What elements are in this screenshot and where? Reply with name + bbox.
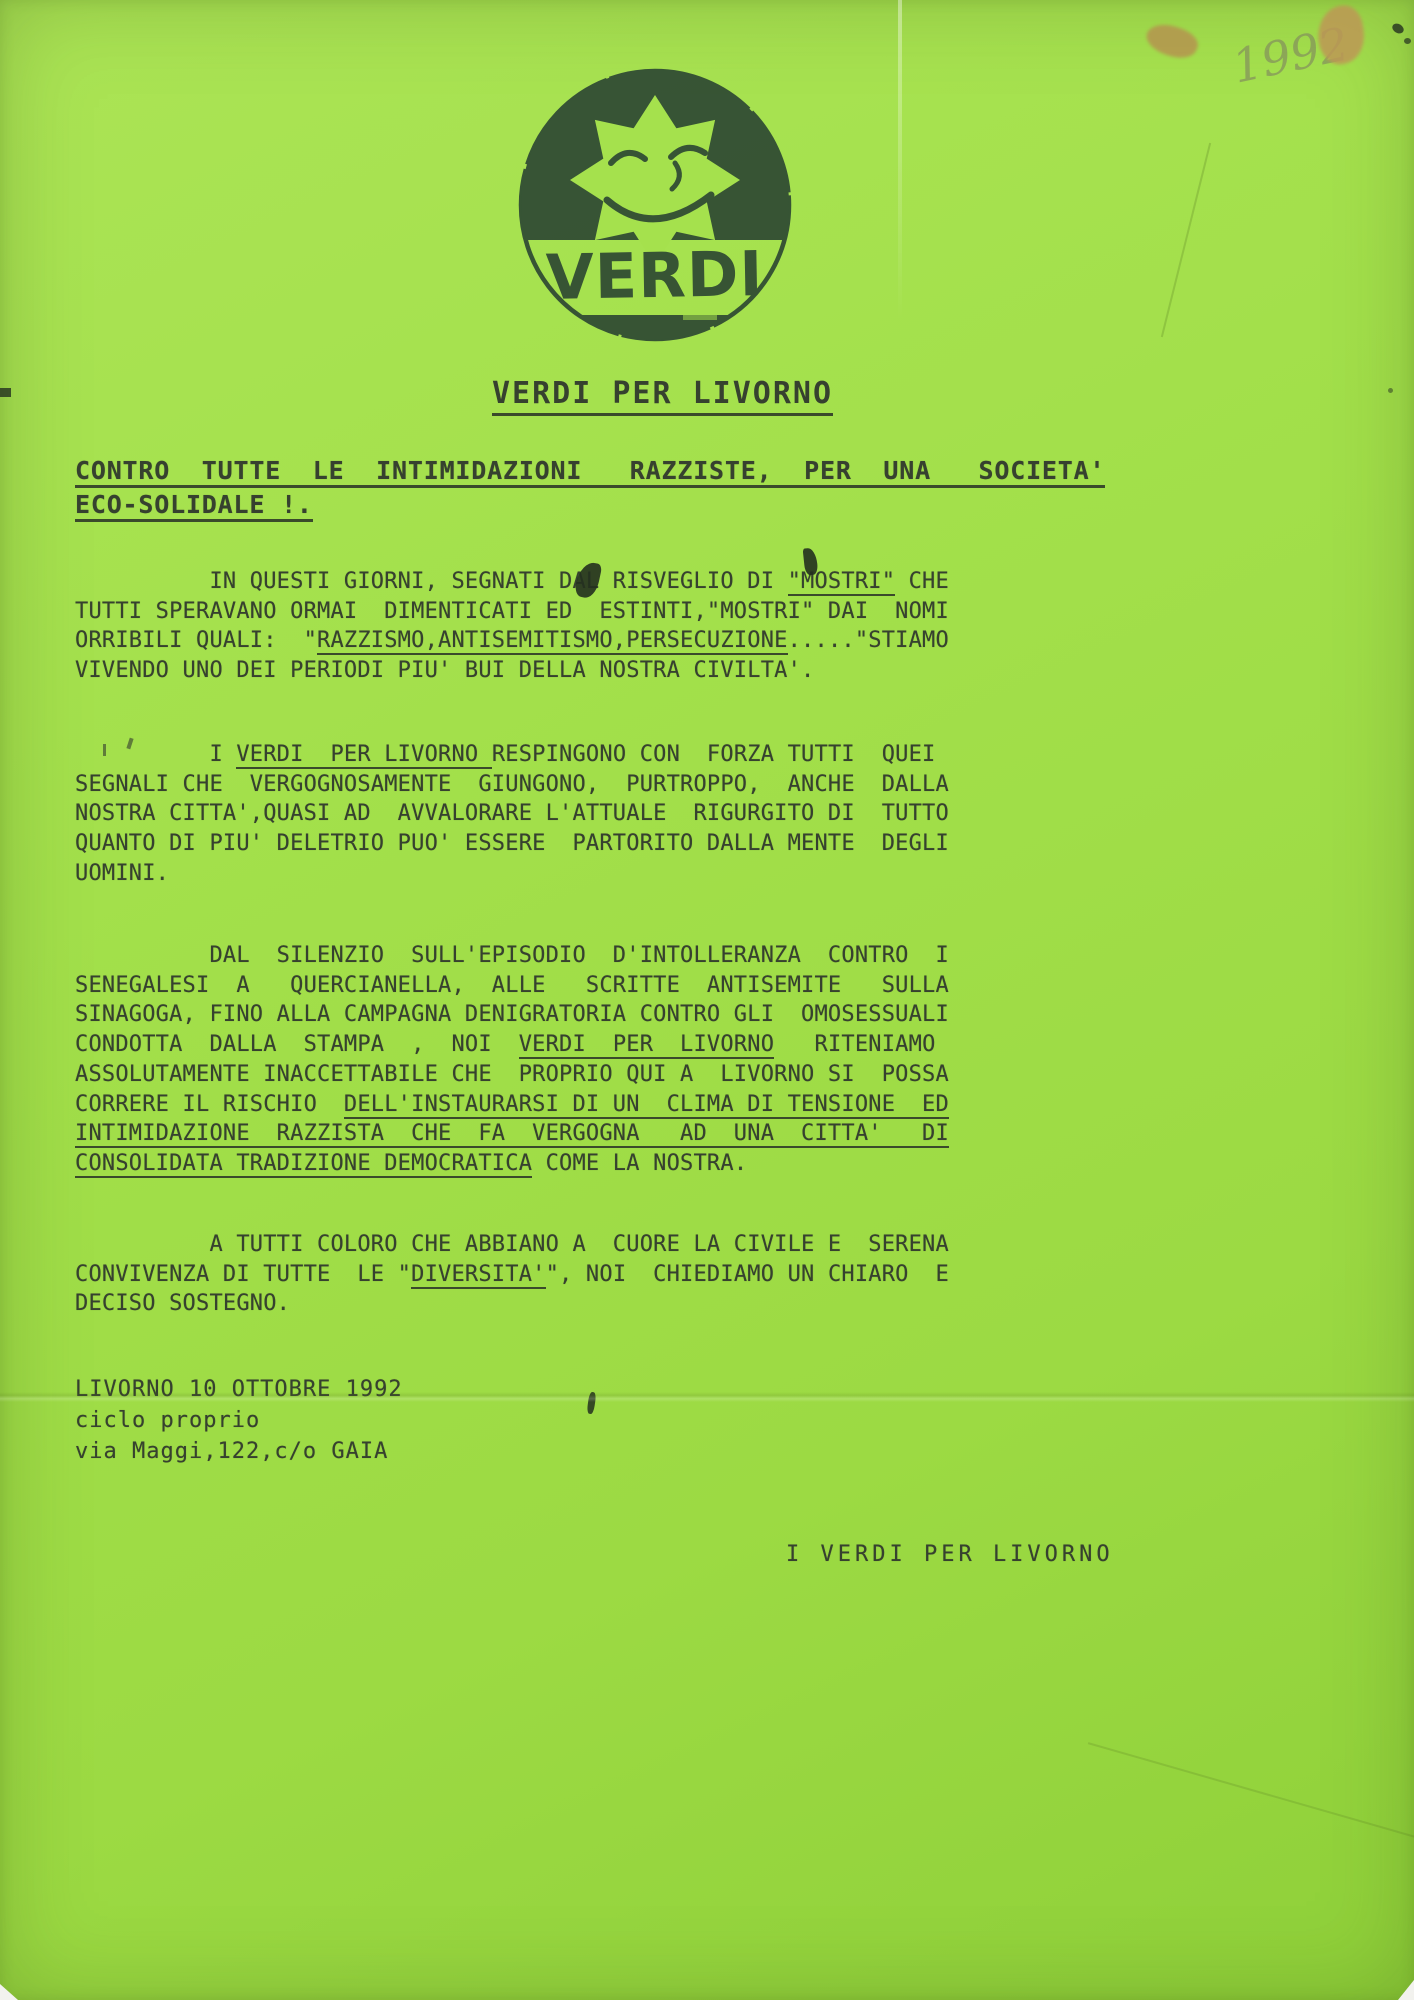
edge-mark bbox=[0, 388, 11, 397]
text-segment: QUANTO DI PIU' DELETRIO PUO' ESSERE PART… bbox=[75, 831, 949, 856]
underlined-text: "MOSTRI" bbox=[788, 569, 896, 596]
text-segment: COME LA NOSTRA. bbox=[532, 1151, 747, 1176]
text-segment: NOSTRA CITTA',QUASI AD AVVALORARE L'ATTU… bbox=[75, 801, 949, 826]
paragraph-2: I VERDI PER LIVORNO RESPINGONO CON FORZA… bbox=[75, 740, 949, 889]
text-line: SINAGOGA, FINO ALLA CAMPAGNA DENIGRATORI… bbox=[75, 1000, 949, 1030]
text-line: CORRERE IL RISCHIO DELL'INSTAURARSI DI U… bbox=[75, 1090, 949, 1120]
text-segment: ORRIBILI QUALI: " bbox=[75, 628, 317, 653]
ink-speck bbox=[1388, 388, 1393, 393]
text-line: CONDOTTA DALLA STAMPA , NOI VERDI PER LI… bbox=[75, 1030, 949, 1060]
scan-corner bbox=[0, 1984, 18, 2000]
text-segment: DECISO SOSTEGNO. bbox=[75, 1291, 290, 1316]
text-line: TUTTI SPERAVANO ORMAI DIMENTICATI ED EST… bbox=[75, 597, 949, 627]
text-line: CONVIVENZA DI TUTTE LE "DIVERSITA'", NOI… bbox=[75, 1260, 949, 1290]
text-line: DECISO SOSTEGNO. bbox=[75, 1289, 949, 1319]
crease-diagonal bbox=[1088, 1742, 1414, 1860]
text-line: QUANTO DI PIU' DELETRIO PUO' ESSERE PART… bbox=[75, 829, 949, 859]
text-segment: SENEGALESI A QUERCIANELLA, ALLE SCRITTE … bbox=[75, 973, 949, 998]
org-title-text: VERDI PER LIVORNO bbox=[492, 376, 833, 416]
text-segment: CONDOTTA DALLA STAMPA , NOI bbox=[75, 1032, 519, 1057]
text-segment: SEGNALI CHE VERGOGNOSAMENTE GIUNGONO, PU… bbox=[75, 772, 949, 797]
text-line: UOMINI. bbox=[75, 859, 949, 889]
text-segment: CONVIVENZA DI TUTTE LE " bbox=[75, 1262, 411, 1287]
text-line: DAL SILENZIO SULL'EPISODIO D'INTOLLERANZ… bbox=[75, 941, 949, 971]
text-line: ORRIBILI QUALI: "RAZZISMO,ANTISEMITISMO,… bbox=[75, 626, 949, 656]
signature: I VERDI PER LIVORNO bbox=[786, 1540, 1114, 1570]
ink-speck bbox=[1391, 22, 1406, 36]
underlined-text: ECO-SOLIDALE !. bbox=[75, 490, 313, 522]
text-line: SENEGALESI A QUERCIANELLA, ALLE SCRITTE … bbox=[75, 971, 949, 1001]
ink-blot bbox=[803, 547, 819, 575]
underlined-text: DIVERSITA' bbox=[411, 1262, 545, 1289]
pen-mark bbox=[103, 744, 106, 756]
paragraph-1: IN QUESTI GIORNI, SEGNATI DAL RISVEGLIO … bbox=[75, 567, 949, 686]
text-segment: UOMINI. bbox=[75, 861, 169, 886]
text-segment: TUTTI SPERAVANO ORMAI DIMENTICATI ED EST… bbox=[75, 599, 949, 624]
scanned-flyer-page: VERDI VERDI PER LIVORNO CONTRO TUTTE LE … bbox=[0, 0, 1414, 2000]
text-line: CONTRO TUTTE LE INTIMIDAZIONI RAZZISTE, … bbox=[75, 454, 1105, 488]
scan-corner bbox=[1398, 1980, 1414, 2000]
date-address-block: LIVORNO 10 OTTOBRE 1992ciclo propriovia … bbox=[75, 1374, 403, 1467]
text-segment: ASSOLUTAMENTE INACCETTABILE CHE PROPRIO … bbox=[75, 1062, 949, 1087]
text-segment: RITENIAMO bbox=[774, 1032, 935, 1057]
crease-diagonal bbox=[1161, 143, 1211, 338]
underlined-text: RAZZISMO,ANTISEMITISMO,PERSECUZIONE bbox=[317, 628, 788, 655]
text-segment: ....."STIAMO bbox=[788, 628, 949, 653]
paragraph-4: A TUTTI COLORO CHE ABBIANO A CUORE LA CI… bbox=[75, 1230, 949, 1319]
org-title: VERDI PER LIVORNO bbox=[492, 376, 833, 411]
text-line: NOSTRA CITTA',QUASI AD AVVALORARE L'ATTU… bbox=[75, 799, 949, 829]
text-segment: SINAGOGA, FINO ALLA CAMPAGNA DENIGRATORI… bbox=[75, 1002, 949, 1027]
fold-crease-vertical bbox=[898, 0, 902, 320]
adhesive-stain bbox=[1142, 17, 1201, 64]
text-line: via Maggi,122,c/o GAIA bbox=[75, 1436, 403, 1467]
text-line: ciclo proprio bbox=[75, 1405, 403, 1436]
text-segment: A TUTTI COLORO CHE ABBIANO A CUORE LA CI… bbox=[75, 1232, 949, 1257]
text-line: IN QUESTI GIORNI, SEGNATI DAL RISVEGLIO … bbox=[75, 567, 949, 597]
text-line: CONSOLIDATA TRADIZIONE DEMOCRATICA COME … bbox=[75, 1149, 949, 1179]
verdi-sun-logo: VERDI bbox=[515, 63, 795, 349]
text-line: INTIMIDAZIONE RAZZISTA CHE FA VERGOGNA A… bbox=[75, 1119, 949, 1149]
text-line: LIVORNO 10 OTTOBRE 1992 bbox=[75, 1374, 403, 1405]
underlined-text: VERDI PER LIVORNO bbox=[519, 1032, 774, 1059]
ink-speck bbox=[587, 1392, 597, 1415]
headline: CONTRO TUTTE LE INTIMIDAZIONI RAZZISTE, … bbox=[75, 454, 1105, 522]
underlined-text: VERDI PER LIVORNO bbox=[236, 742, 491, 769]
paragraph-3: DAL SILENZIO SULL'EPISODIO D'INTOLLERANZ… bbox=[75, 941, 949, 1179]
text-line: A TUTTI COLORO CHE ABBIANO A CUORE LA CI… bbox=[75, 1230, 949, 1260]
ink-speck bbox=[1404, 38, 1411, 44]
text-segment: CORRERE IL RISCHIO bbox=[75, 1092, 344, 1117]
text-line: SEGNALI CHE VERGOGNOSAMENTE GIUNGONO, PU… bbox=[75, 770, 949, 800]
text-segment: RESPINGONO CON FORZA TUTTI QUEI bbox=[492, 742, 936, 767]
text-line: ASSOLUTAMENTE INACCETTABILE CHE PROPRIO … bbox=[75, 1060, 949, 1090]
underlined-text: INTIMIDAZIONE RAZZISTA CHE FA VERGOGNA A… bbox=[75, 1121, 949, 1148]
text-segment: DAL SILENZIO SULL'EPISODIO D'INTOLLERANZ… bbox=[75, 943, 949, 968]
underlined-text: DELL'INSTAURARSI DI UN CLIMA DI TENSIONE… bbox=[344, 1092, 949, 1119]
underlined-text: CONSOLIDATA TRADIZIONE DEMOCRATICA bbox=[75, 1151, 532, 1178]
text-line: I VERDI PER LIVORNO RESPINGONO CON FORZA… bbox=[75, 740, 949, 770]
text-line: ECO-SOLIDALE !. bbox=[75, 488, 1105, 522]
logo-wordmark: VERDI bbox=[545, 237, 764, 314]
underlined-text: CONTRO TUTTE LE INTIMIDAZIONI RAZZISTE, … bbox=[75, 456, 1105, 488]
text-segment: I bbox=[75, 742, 236, 767]
text-segment: ", NOI CHIEDIAMO UN CHIARO E bbox=[546, 1262, 949, 1287]
text-segment: CHE bbox=[895, 569, 949, 594]
text-segment: IN QUESTI GIORNI, SEGNATI DAL RISVEGLIO … bbox=[75, 569, 788, 594]
text-line: VIVENDO UNO DEI PERIODI PIU' BUI DELLA N… bbox=[75, 656, 949, 686]
text-segment: VIVENDO UNO DEI PERIODI PIU' BUI DELLA N… bbox=[75, 658, 814, 683]
